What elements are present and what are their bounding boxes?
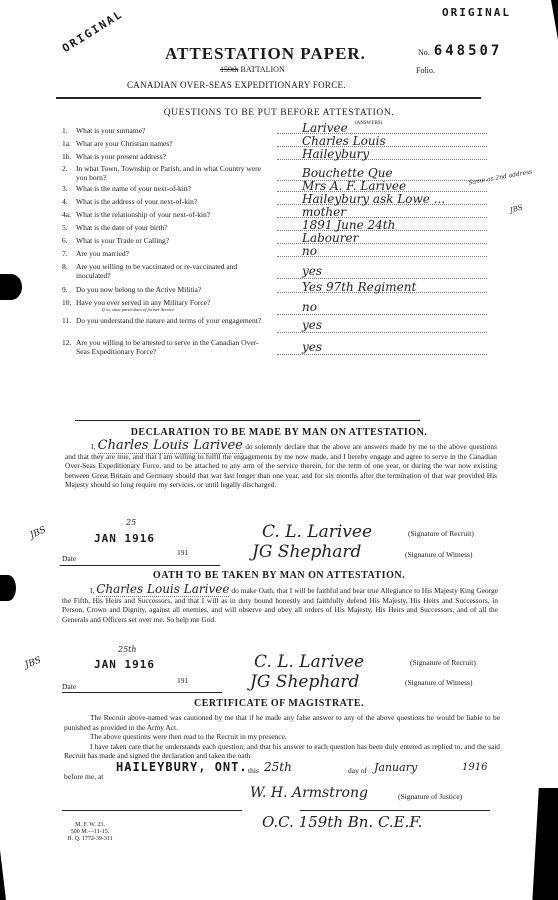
answer-value: yes xyxy=(302,264,322,278)
certificate-year: 1916 xyxy=(462,762,487,773)
certificate-rule-left xyxy=(62,810,242,811)
answer-value: Bouchette Que xyxy=(302,166,393,180)
day-of-label: day of xyxy=(348,766,367,775)
question-text: What is the address of your next-of-kin? xyxy=(76,197,271,206)
question-text: Do you now belong to the Active Militia? xyxy=(76,285,271,294)
question-number: 9. xyxy=(62,285,68,294)
questions-heading: QUESTIONS TO BE PUT BEFORE ATTESTATION. xyxy=(0,108,558,118)
question-number: 7. xyxy=(62,249,68,258)
question-note: If so, state particulars of former Servi… xyxy=(102,307,175,312)
oath-year: 191 xyxy=(177,676,188,685)
answer-value: no xyxy=(302,244,317,258)
question-number: 4a. xyxy=(62,210,71,219)
answer-line xyxy=(277,278,487,279)
oath-witness-label: (Signature of Witness) xyxy=(405,678,472,687)
certificate-heading: CERTIFICATE OF MAGISTRATE. xyxy=(0,698,558,709)
punch-hole-1 xyxy=(0,274,22,300)
this-label: this xyxy=(248,766,259,775)
question-number: 12. xyxy=(62,338,71,347)
certificate-before-line: before me, at HAILEYBURY, ONT. this 25th… xyxy=(64,766,504,780)
question-number: 1a. xyxy=(62,139,71,148)
justice-label: (Signature of Justice) xyxy=(398,792,462,801)
before-label: before me, at xyxy=(64,772,103,781)
answer-value: Yes 97th Regiment xyxy=(302,280,416,294)
scan-edge-bottom-left xyxy=(0,850,10,900)
answer-value: 1891 June 24th xyxy=(302,218,395,232)
question-number: 1b. xyxy=(62,152,71,161)
declaration-recruit-signature: C. L. Larivee xyxy=(262,522,372,542)
answer-value: Labourer xyxy=(302,231,358,245)
document-title: ATTESTATION PAPER. xyxy=(165,44,366,64)
answer-value: no xyxy=(302,300,317,314)
header-rule xyxy=(56,97,481,99)
declaration-date-stamp: JAN 1916 xyxy=(94,532,155,545)
oath-date-label: Date xyxy=(62,682,76,691)
declaration-text: I, Charles Louis Larivee do solemnly dec… xyxy=(65,441,497,490)
question-number: 1. xyxy=(62,126,68,135)
original-stamp-right: ORIGINAL xyxy=(442,6,511,19)
answer-value: Charles Louis xyxy=(302,134,386,148)
answer-value: mother xyxy=(302,205,346,219)
certificate-month: January xyxy=(374,761,417,774)
form-codes: M. F. W. 23. 500 M.—11-15. H. Q. 1772-39… xyxy=(60,822,120,843)
question-text: Have you ever served in any Military For… xyxy=(76,298,271,307)
question-text: What is your present address? xyxy=(76,152,271,161)
oath-end-rule xyxy=(62,692,222,693)
battalion-label: BATTALION xyxy=(240,65,284,74)
declaration-recruit-label: (Signature of Recruit) xyxy=(408,529,474,538)
declaration-i: I, xyxy=(65,442,95,451)
certificate-p2: The above questions were then read to th… xyxy=(64,732,500,742)
question-text: What is your surname? xyxy=(76,126,271,135)
question-number: 2. xyxy=(62,164,68,173)
question-number: 5. xyxy=(62,223,68,232)
question-number: 8. xyxy=(62,262,68,271)
declaration-year: 191 xyxy=(177,548,188,557)
scan-edge-bottom-right xyxy=(526,788,558,900)
question-number: 10. xyxy=(62,298,71,307)
answer-line xyxy=(277,314,487,315)
margin-note-initial: JBS xyxy=(509,203,523,214)
number-value: 648507 xyxy=(434,43,503,59)
certificate-day: 25th xyxy=(264,760,292,774)
question-number: 11. xyxy=(62,316,71,325)
battalion-struck: 159th xyxy=(220,65,238,74)
oath-margin-initial: JBS xyxy=(24,655,43,670)
certificate-p1: The Recruit above-named was cautioned by… xyxy=(64,713,500,732)
question-text: Are you willing to be vaccinated or re-v… xyxy=(76,262,271,280)
answers-label: (ANSWERS) xyxy=(355,121,382,126)
place-stamp: HAILEYBURY, ONT. xyxy=(116,760,248,774)
question-text: What is the name of your next-of-kin? xyxy=(76,184,271,193)
folio-label: Folio. xyxy=(416,66,435,75)
officer-annotation: O.C. 159th Bn. C.E.F. xyxy=(262,813,422,831)
question-text: What is the relationship of your next-of… xyxy=(76,210,271,219)
question-text: What is your Trade or Calling? xyxy=(76,236,271,245)
form-code-1: M. F. W. 23. xyxy=(60,822,120,829)
oath-date-day: 25th xyxy=(118,645,137,654)
oath-recruit-signature: C. L. Larivee xyxy=(254,652,364,672)
question-text: What are your Christian names? xyxy=(76,139,271,148)
answer-value: Mrs A. F. Larivee xyxy=(302,179,406,193)
oath-heading: OATH TO BE TAKEN BY MAN ON ATTESTATION. xyxy=(0,570,558,581)
answer-value: Larivee xyxy=(302,121,348,135)
answer-value: yes xyxy=(302,318,322,332)
answer-value: Haileybury ask Lowe ... xyxy=(302,192,445,206)
original-stamp-left: ORIGINAL xyxy=(60,7,125,55)
question-text: Are you married? xyxy=(76,249,271,258)
oath-i: I, xyxy=(62,586,94,595)
answer-line xyxy=(277,332,487,333)
certificate-rule-right xyxy=(300,810,490,811)
form-code-3: H. Q. 1772-39-311 xyxy=(60,836,120,843)
number-label: No. xyxy=(418,48,430,57)
question-number: 6. xyxy=(62,236,68,245)
oath-text: I, Charles Louis Larivee do make Oath, t… xyxy=(62,585,498,624)
declaration-witness-signature: JG Shephard xyxy=(252,542,361,562)
battalion-line: 159th BATTALION xyxy=(220,64,285,74)
regimental-number: No. 648507 xyxy=(418,42,502,60)
question-text: Do you understand the nature and terms o… xyxy=(76,316,271,325)
justice-signature: W. H. Armstrong xyxy=(250,785,368,801)
certificate-p3: I have taken care that he understands ea… xyxy=(64,742,500,761)
form-code-2: 500 M.—11-15. xyxy=(60,829,120,836)
declaration-date-line: Date 191 xyxy=(62,548,212,566)
margin-note-address: Same as 2nd address xyxy=(468,168,533,186)
question-number: 4. xyxy=(62,197,68,206)
answer-value: yes xyxy=(302,340,322,354)
answer-line xyxy=(277,354,487,355)
declaration-date-day: 25 xyxy=(126,518,136,527)
question-text: Are you willing to be attested to serve … xyxy=(76,338,271,356)
force-name: CANADIAN OVER-SEAS EXPEDITIONARY FORCE. xyxy=(127,80,346,90)
question-text: In what Town, Township or Parish, and in… xyxy=(76,164,271,182)
declaration-date-label: Date xyxy=(62,554,76,563)
certificate-text: The Recruit above-named was cautioned by… xyxy=(64,713,500,761)
questions-end-rule xyxy=(75,420,420,421)
declaration-heading: DECLARATION TO BE MADE BY MAN ON ATTESTA… xyxy=(0,427,558,438)
scan-edge-top-right xyxy=(548,0,558,40)
declaration-end-rule xyxy=(60,565,220,566)
oath-date-stamp: JAN 1916 xyxy=(94,658,155,671)
oath-witness-signature: JG Shephard xyxy=(250,672,359,692)
question-number: 3. xyxy=(62,184,68,193)
declaration-margin-initial: JBS xyxy=(29,525,48,541)
question-text: What is the date of your birth? xyxy=(76,223,271,232)
declaration-witness-label: (Signature of Witness) xyxy=(405,550,472,559)
oath-recruit-label: (Signature of Recruit) xyxy=(410,658,476,667)
answer-value: Haileybury xyxy=(302,147,369,161)
